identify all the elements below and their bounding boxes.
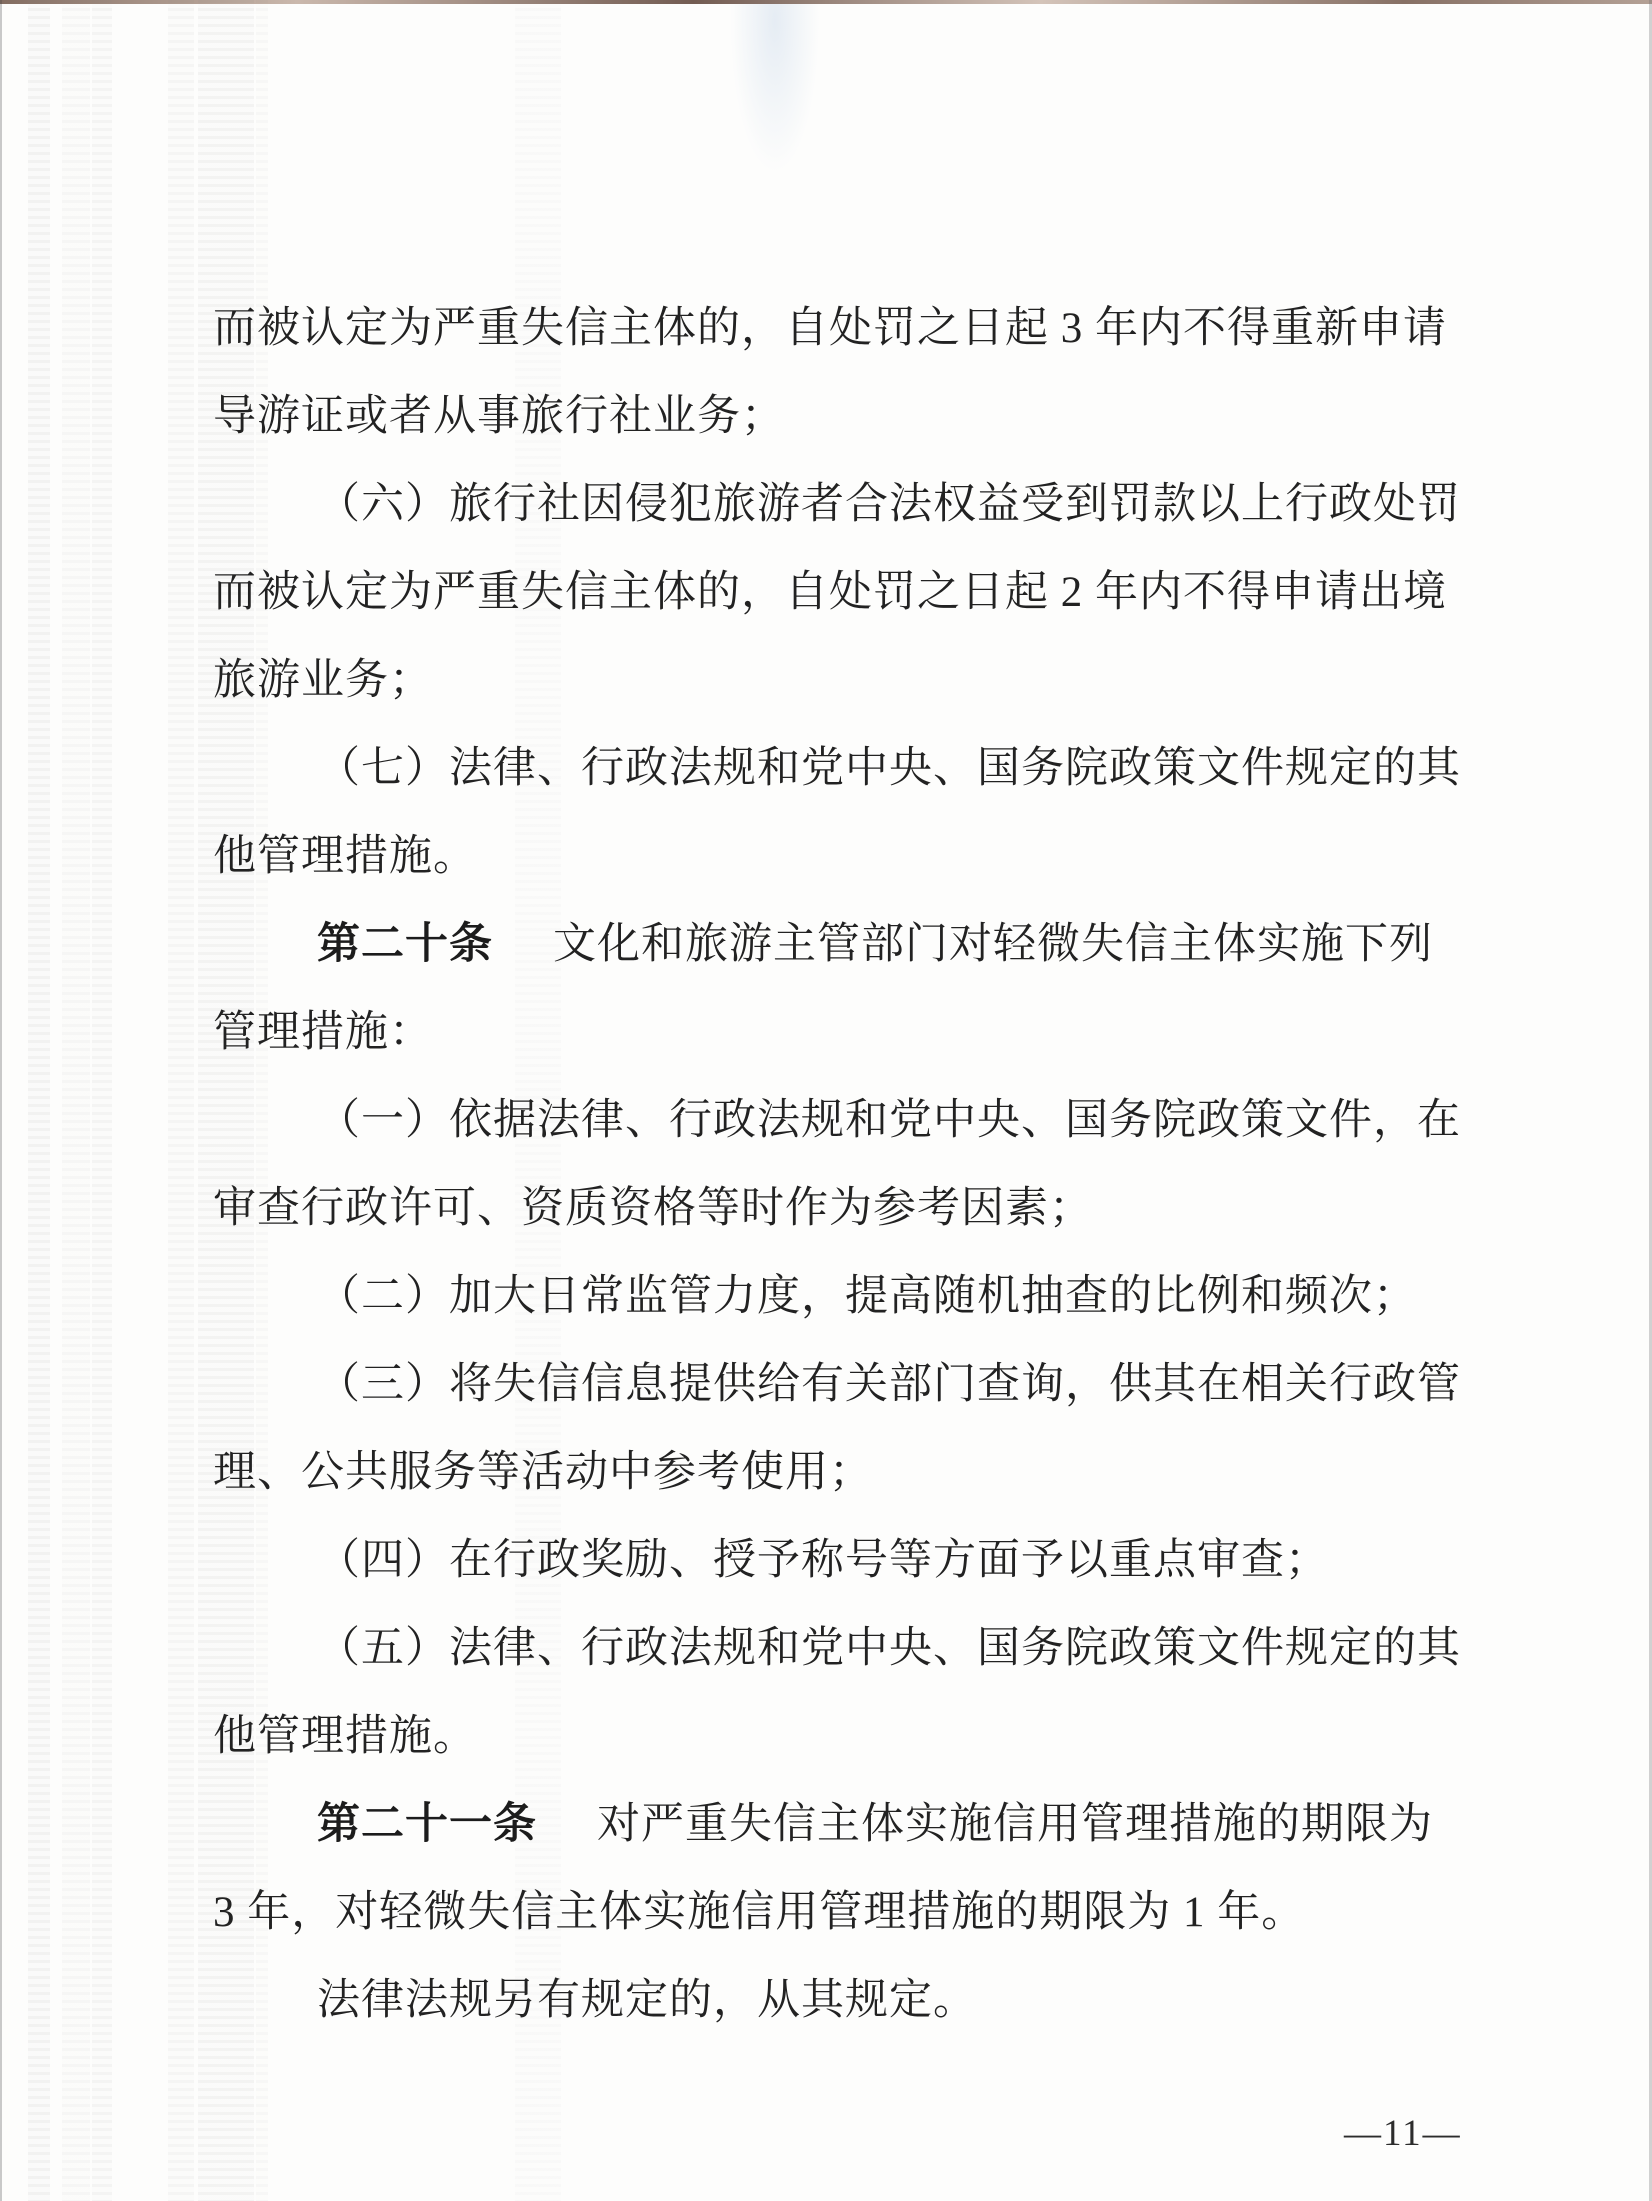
line-text: 法律法规另有规定的，从其规定。 <box>317 1977 977 2024</box>
text-line: （七）法律、行政法规和党中央、国务院政策文件规定的其 <box>213 724 1449 812</box>
line-text: 对严重失信主体实施信用管理措施的期限为 <box>597 1801 1433 1848</box>
scan-smudge-artifact <box>730 4 820 174</box>
text-line: （三）将失信信息提供给有关部门查询，供其在相关行政管 <box>213 1340 1449 1428</box>
page-number: —11— <box>1344 2112 1462 2155</box>
text-line: （五）法律、行政法规和党中央、国务院政策文件规定的其 <box>213 1604 1449 1692</box>
line-text: 而被认定为严重失信主体的，自处罚之日起 3 年内不得重新申请 <box>213 305 1447 352</box>
scan-streak-artifact <box>28 0 50 2201</box>
line-text: （四）在行政奖励、授予称号等方面予以重点审查； <box>317 1537 1329 1584</box>
line-text: （六）旅行社因侵犯旅游者合法权益受到罚款以上行政处罚 <box>317 481 1461 528</box>
text-line: （四）在行政奖励、授予称号等方面予以重点审查； <box>213 1516 1449 1604</box>
line-text: （一）依据法律、行政法规和党中央、国务院政策文件，在 <box>317 1097 1461 1144</box>
text-line: 他管理措施。 <box>213 1692 1449 1780</box>
article-heading: 第二十一条 <box>317 1800 537 1848</box>
text-line: 他管理措施。 <box>213 812 1449 900</box>
line-text: 他管理措施。 <box>213 1713 477 1760</box>
line-text: 3 年，对轻微失信主体实施信用管理措施的期限为 1 年。 <box>213 1889 1305 1936</box>
document-page: 而被认定为严重失信主体的，自处罚之日起 3 年内不得重新申请 导游证或者从事旅行… <box>0 0 1652 2201</box>
line-text: （三）将失信信息提供给有关部门查询，供其在相关行政管 <box>317 1361 1461 1408</box>
line-text: 而被认定为严重失信主体的，自处罚之日起 2 年内不得申请出境 <box>213 569 1447 616</box>
line-text: （二）加大日常监管力度，提高随机抽查的比例和频次； <box>317 1273 1417 1320</box>
line-text: 管理措施： <box>213 1009 433 1056</box>
text-line-article-21: 第二十一条对严重失信主体实施信用管理措施的期限为 <box>213 1780 1449 1868</box>
line-text: 旅游业务； <box>213 657 433 704</box>
text-line: （一）依据法律、行政法规和党中央、国务院政策文件，在 <box>213 1076 1449 1164</box>
scan-streak-artifact <box>62 0 90 2201</box>
text-line-article-20: 第二十条文化和旅游主管部门对轻微失信主体实施下列 <box>213 900 1449 988</box>
text-line: 而被认定为严重失信主体的，自处罚之日起 3 年内不得重新申请 <box>213 284 1449 372</box>
scan-streak-artifact <box>92 0 112 2201</box>
line-text: 审查行政许可、资质资格等时作为参考因素； <box>213 1185 1093 1232</box>
text-line: 管理措施： <box>213 988 1449 1076</box>
text-line: 导游证或者从事旅行社业务； <box>213 372 1449 460</box>
text-line: （二）加大日常监管力度，提高随机抽查的比例和频次； <box>213 1252 1449 1340</box>
text-line: （六）旅行社因侵犯旅游者合法权益受到罚款以上行政处罚 <box>213 460 1449 548</box>
document-body: 而被认定为严重失信主体的，自处罚之日起 3 年内不得重新申请 导游证或者从事旅行… <box>213 284 1449 2044</box>
line-text: 文化和旅游主管部门对轻微失信主体实施下列 <box>553 921 1433 968</box>
scan-left-edge-artifact <box>0 0 2 2201</box>
text-line: 法律法规另有规定的，从其规定。 <box>213 1956 1449 2044</box>
text-line: 旅游业务； <box>213 636 1449 724</box>
text-line: 理、公共服务等活动中参考使用； <box>213 1428 1449 1516</box>
line-text: （五）法律、行政法规和党中央、国务院政策文件规定的其 <box>317 1625 1461 1672</box>
line-text: 导游证或者从事旅行社业务； <box>213 393 785 440</box>
text-line: 3 年，对轻微失信主体实施信用管理措施的期限为 1 年。 <box>213 1868 1449 1956</box>
text-line: 而被认定为严重失信主体的，自处罚之日起 2 年内不得申请出境 <box>213 548 1449 636</box>
line-text: （七）法律、行政法规和党中央、国务院政策文件规定的其 <box>317 745 1461 792</box>
line-text: 他管理措施。 <box>213 833 477 880</box>
line-text: 理、公共服务等活动中参考使用； <box>213 1449 873 1496</box>
scan-streak-artifact <box>168 0 194 2201</box>
text-line: 审查行政许可、资质资格等时作为参考因素； <box>213 1164 1449 1252</box>
article-heading: 第二十条 <box>317 920 493 968</box>
